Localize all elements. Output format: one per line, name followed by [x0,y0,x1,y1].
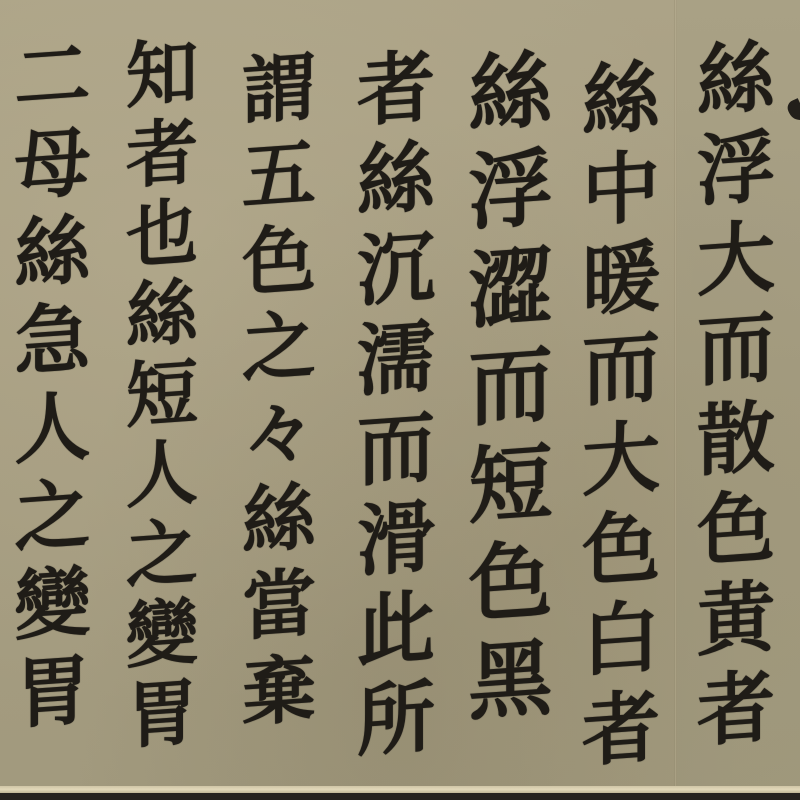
calligraphy-column-1: 絲浮大而散色黄者 [690,35,768,760]
calligraphy-column-3: 絲浮澀而短色黑 [462,45,546,737]
calligraphy-column-7: 二母絲急人之變胃 [8,33,84,742]
calligraphy-column-4: 者絲沉濡而滑此所 [350,45,428,770]
frame-border [0,793,800,800]
calligraphy-column-5: 謂五色之々絲當棄 [236,47,310,740]
calligraphy-column-2: 絲中暖而大色白者 [575,55,653,780]
scroll-bottom-edge [0,786,800,793]
paper-seam [674,0,677,788]
calligraphy-column-6: 知者也絲短人之變胃 [120,33,192,758]
